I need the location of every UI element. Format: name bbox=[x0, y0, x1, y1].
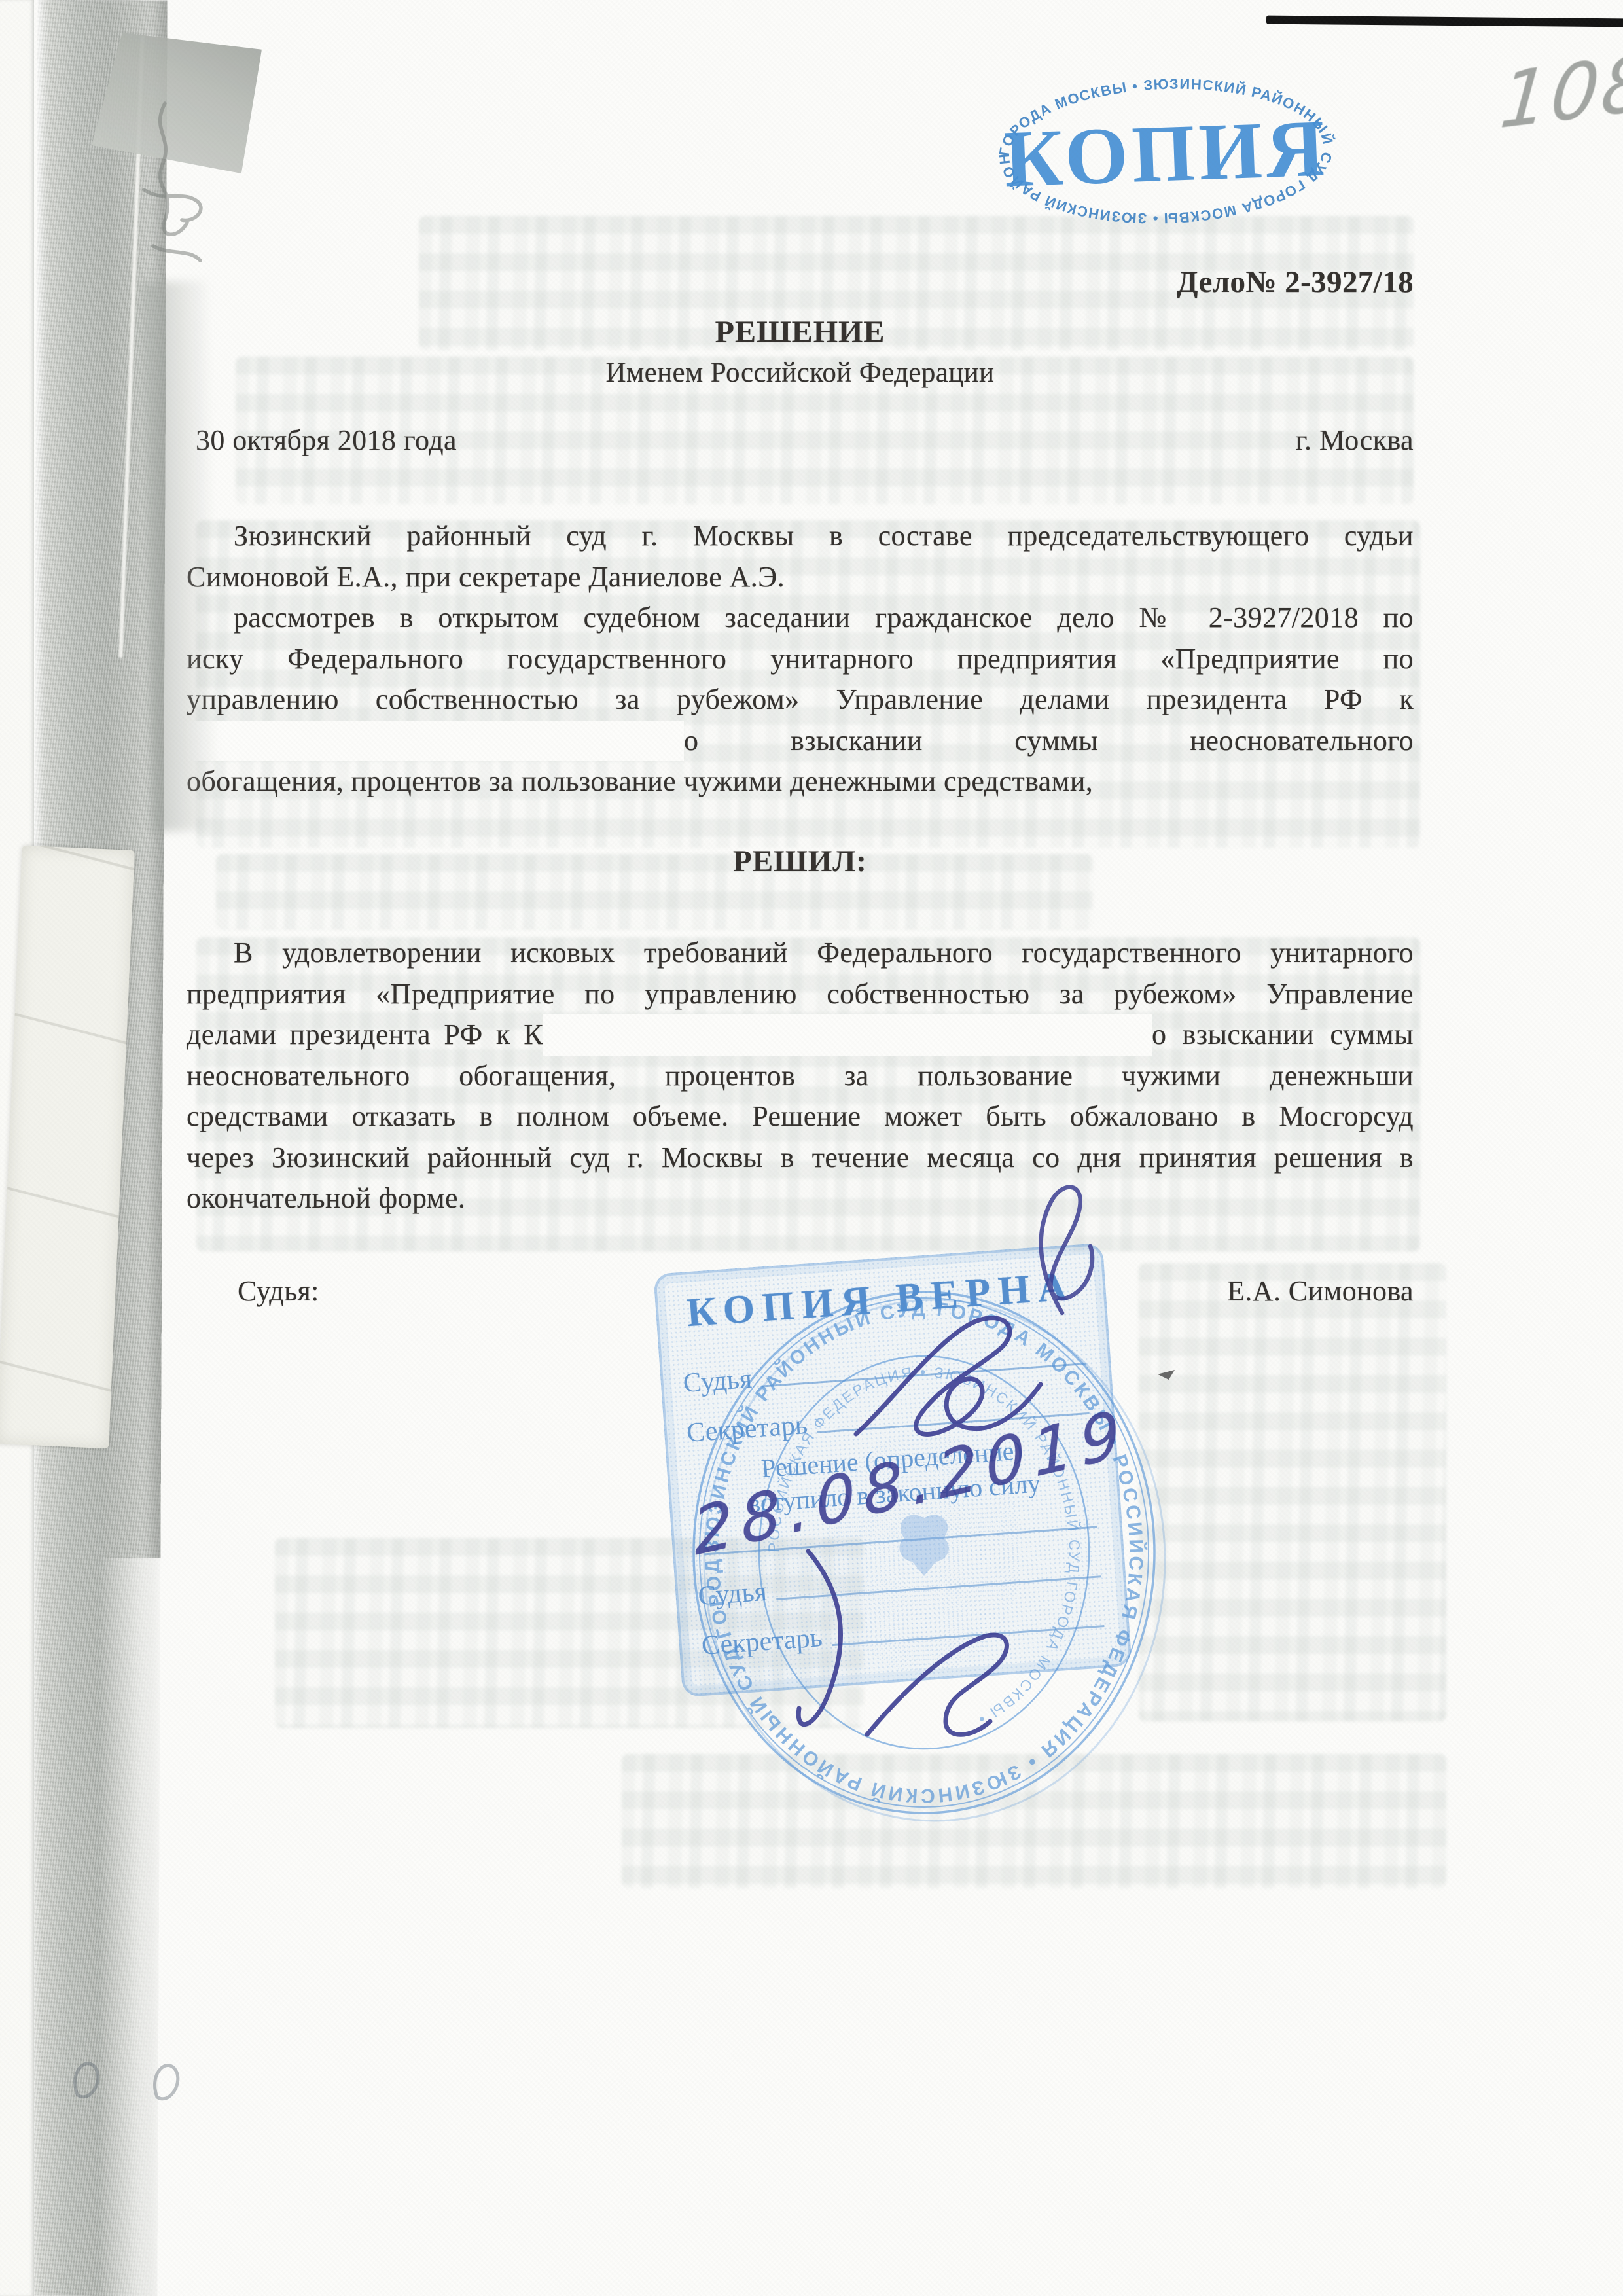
text-line: о взыскании суммы неосновательного bbox=[684, 721, 1414, 762]
text-line: Симоновой Е.А., при секретаре Даниелове … bbox=[187, 557, 1414, 598]
page-number-pencil: 108 bbox=[1497, 39, 1623, 146]
copy-stamp-label: КОПИЯ bbox=[1003, 103, 1330, 204]
text-line: Зюзинский районный суд г. Москвы в соста… bbox=[187, 516, 1414, 557]
case-number: Дело№ 2-3927/18 bbox=[187, 262, 1414, 303]
decision-date: 30 октября 2018 года bbox=[187, 420, 457, 461]
pencil-scribble bbox=[124, 92, 229, 308]
text-line: окончательной форме. bbox=[187, 1178, 1414, 1219]
text-line: обогащения, процентов за пользование чуж… bbox=[187, 761, 1414, 802]
scanned-court-decision-page: ГОРОДА МОСКВЫ • ЗЮЗИНСКИЙ РАЙОННЫЙ СУД Г… bbox=[0, 0, 1623, 2296]
text-line: управлению собственностью за рубежом» Уп… bbox=[187, 679, 1414, 721]
resolution-heading-wrap: РЕШИЛ: bbox=[187, 841, 1414, 882]
copy-oval-stamp: ГОРОДА МОСКВЫ • ЗЮЗИНСКИЙ РАЙОННЫЙ СУД Г… bbox=[974, 62, 1359, 242]
page-subtitle: Именем Российской Федерации bbox=[187, 353, 1414, 394]
redaction-box bbox=[187, 721, 684, 762]
scan-shadow-bulge bbox=[143, 281, 218, 832]
signature-stroke-lower bbox=[789, 1538, 1024, 1748]
text-line: В удовлетворении исковых требований Феде… bbox=[187, 933, 1414, 974]
signature-stroke-upper bbox=[844, 1306, 1054, 1502]
text-line: делами президента РФ к К bbox=[187, 1014, 543, 1056]
judge-signature-stroke bbox=[1000, 1175, 1131, 1319]
bleed-through-text bbox=[1139, 1263, 1446, 1721]
page-title: РЕШЕНИЕ bbox=[187, 312, 1414, 353]
text-line: иску Федерального государственного унита… bbox=[187, 639, 1414, 680]
scan-band-taper bbox=[98, 1558, 190, 2296]
decision-city: г. Москва bbox=[1296, 420, 1414, 461]
redaction-box bbox=[543, 1014, 1152, 1056]
judge-label: Судья: bbox=[187, 1271, 319, 1312]
text-line: неосновательного обогащения, процентов з… bbox=[187, 1056, 1414, 1097]
text-line: о взыскании суммы bbox=[1152, 1014, 1414, 1056]
resolution-paragraph: В удовлетворении исковых требований Феде… bbox=[187, 933, 1414, 1219]
text-line: средствами отказать в полном объеме. Реш… bbox=[187, 1096, 1414, 1138]
intro-paragraph: Зюзинский районный суд г. Москвы в соста… bbox=[187, 516, 1414, 802]
pencil-scribble-bottom bbox=[59, 2042, 203, 2121]
header: Дело№ 2-3927/18 РЕШЕНИЕ Именем Российско… bbox=[187, 262, 1414, 461]
scan-top-line bbox=[1266, 16, 1623, 27]
text-line: через Зюзинский районный суд г. Москвы в… bbox=[187, 1138, 1414, 1179]
resolution-heading: РЕШИЛ: bbox=[187, 841, 1414, 882]
judge-name: Е.А. Симонова bbox=[1227, 1271, 1414, 1312]
text-line: рассмотрев в открытом судебном заседании… bbox=[187, 598, 1414, 639]
text-line: предприятия «Предприятие по управлению с… bbox=[187, 974, 1414, 1015]
